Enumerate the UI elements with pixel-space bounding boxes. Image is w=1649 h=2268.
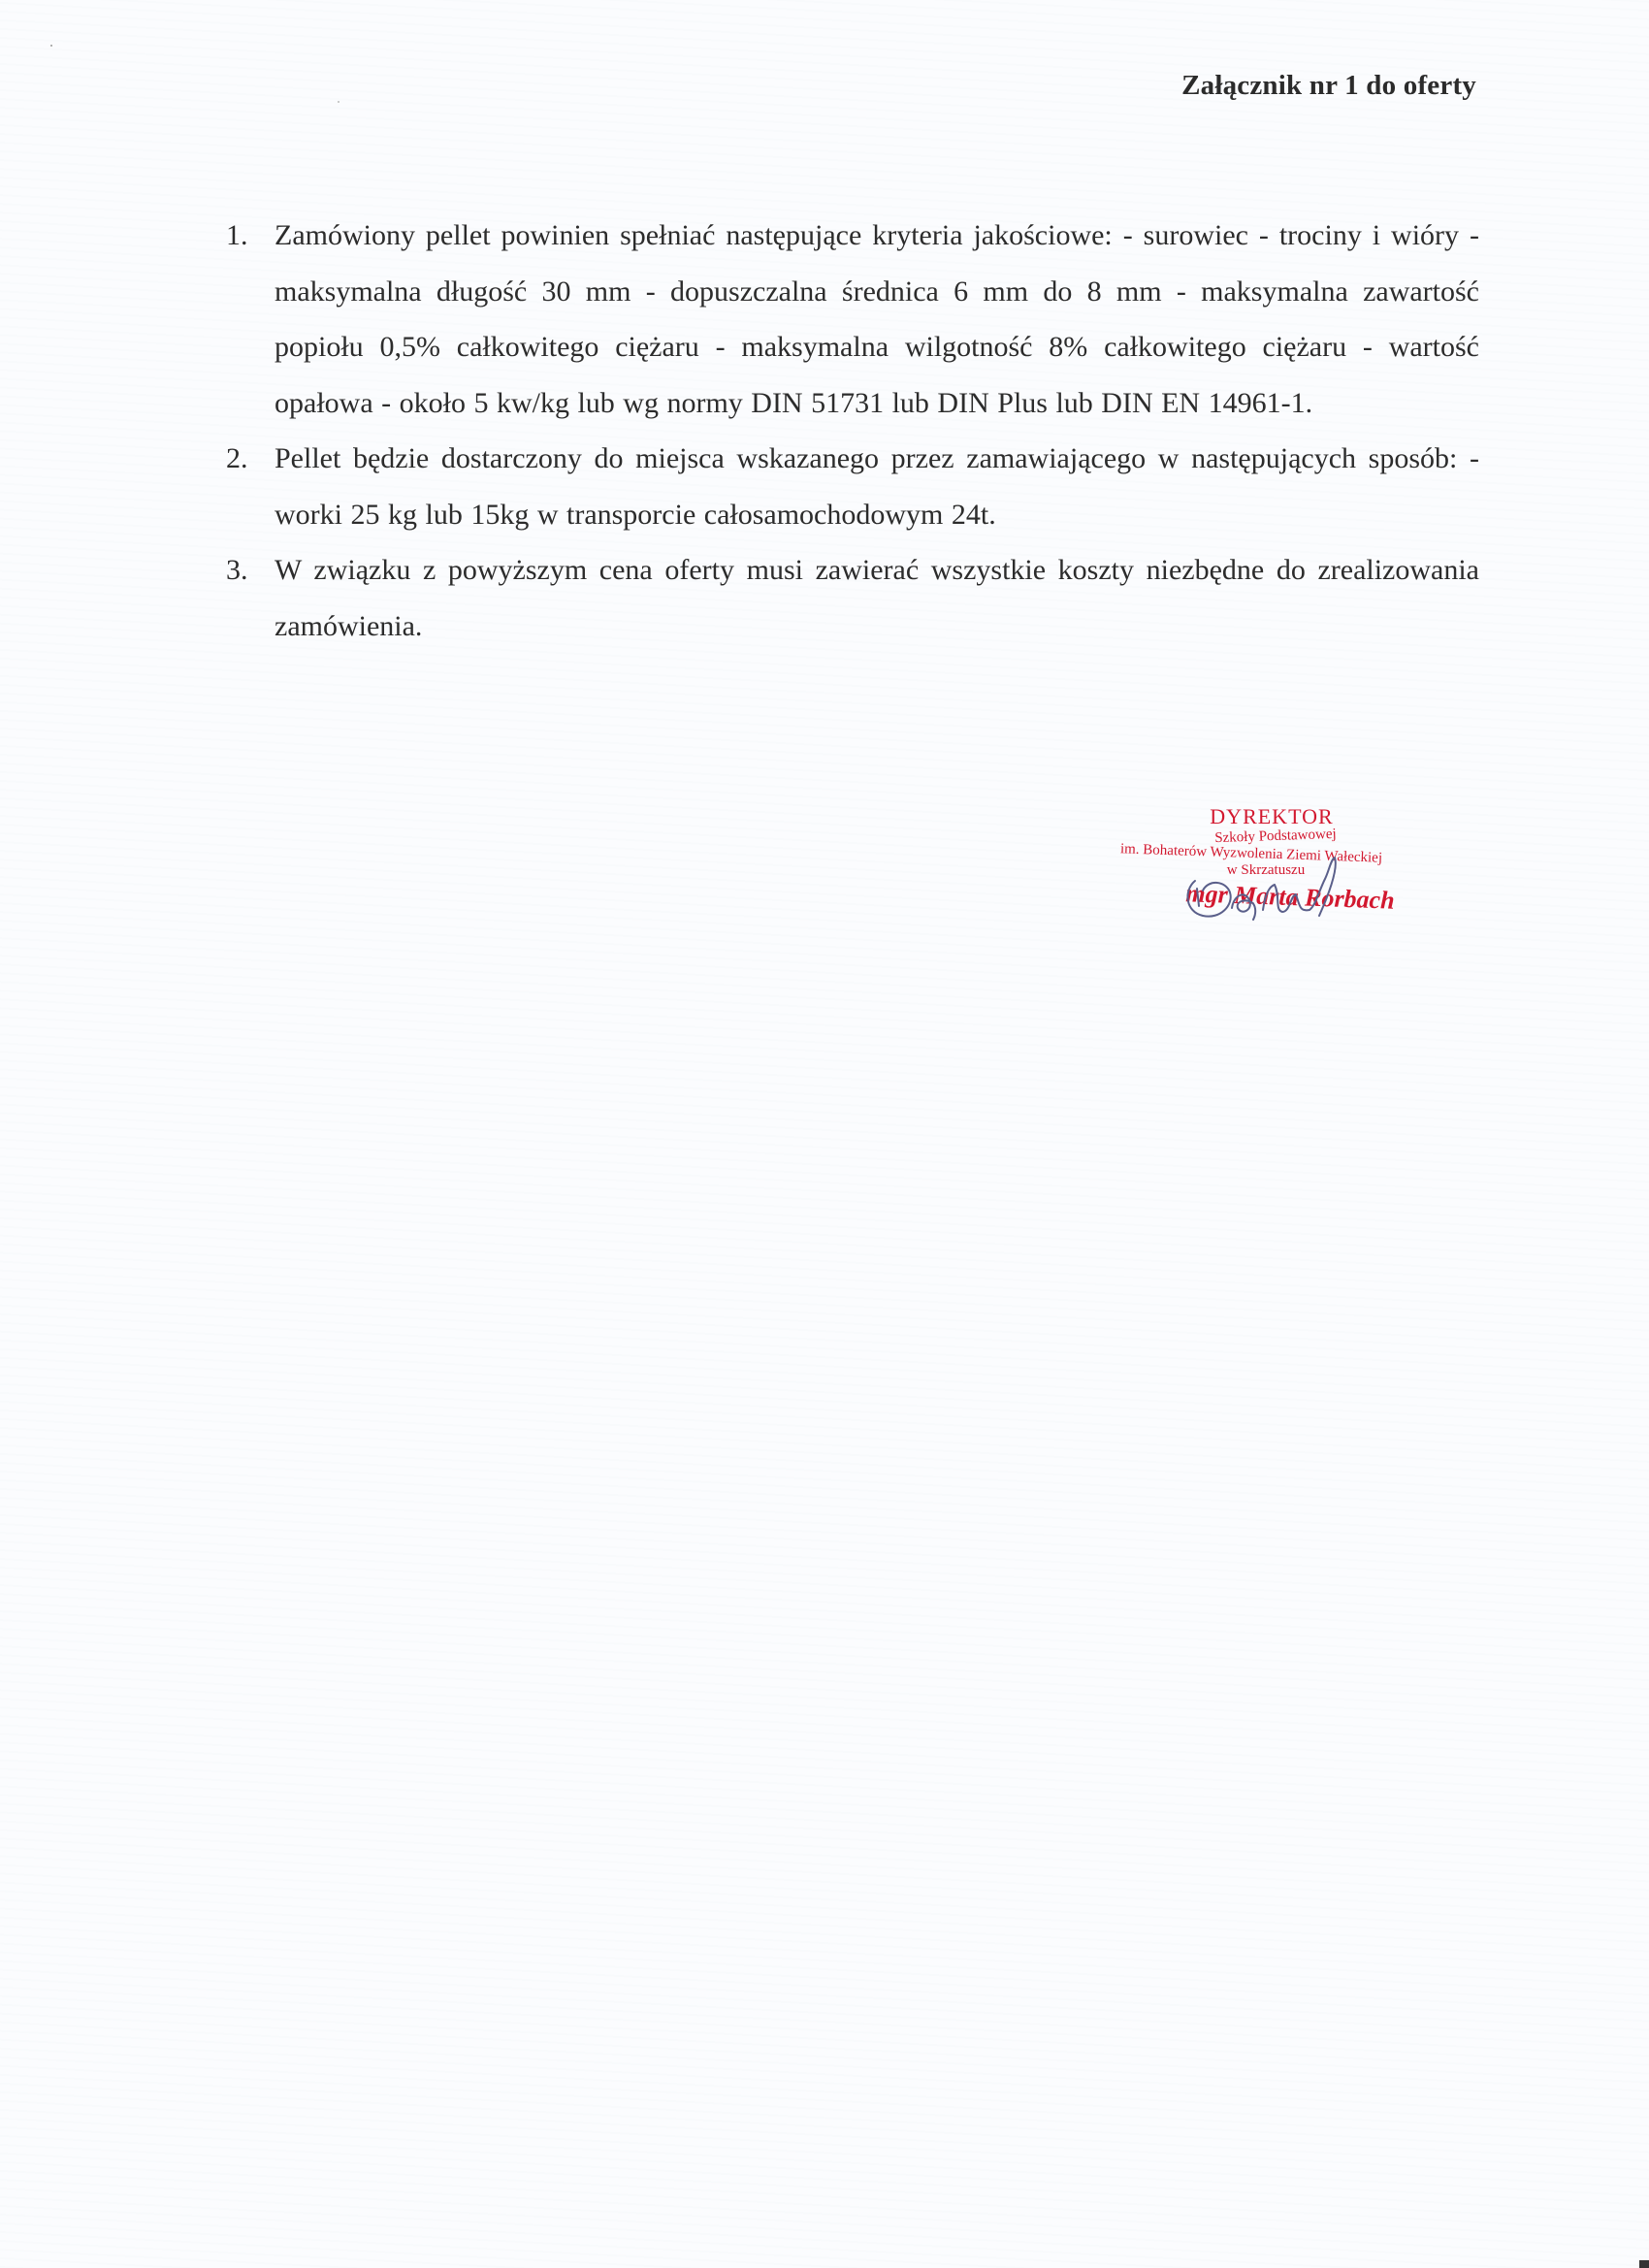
list-item: 1. Zamówiony pellet powinien spełniać na… — [226, 208, 1479, 431]
stamp-name: mgr Marta Rorbach — [1135, 877, 1446, 917]
item-number: 2. — [226, 431, 248, 487]
scan-speck — [338, 101, 339, 103]
director-stamp: DYREKTOR Szkoły Podstawowej im. Bohateró… — [1077, 805, 1445, 912]
item-text: W związku z powyższym cena oferty musi z… — [275, 554, 1479, 642]
item-text: Zamówiony pellet powinien spełniać nastę… — [275, 219, 1479, 419]
scan-speck — [50, 45, 52, 47]
requirements-list: 1. Zamówiony pellet powinien spełniać na… — [226, 208, 1479, 654]
item-number: 3. — [226, 542, 248, 599]
item-number: 1. — [226, 208, 248, 264]
scan-corner-mark — [1639, 2260, 1649, 2268]
scanned-page: Załącznik nr 1 do oferty 1. Zamówiony pe… — [0, 0, 1649, 2268]
list-item: 3. W związku z powyższym cena oferty mus… — [226, 542, 1479, 654]
list-item: 2. Pellet będzie dostarczony do miejsca … — [226, 431, 1479, 542]
document-title: Załącznik nr 1 do oferty — [1181, 70, 1476, 102]
item-text: Pellet będzie dostarczony do miejsca wsk… — [275, 442, 1479, 531]
